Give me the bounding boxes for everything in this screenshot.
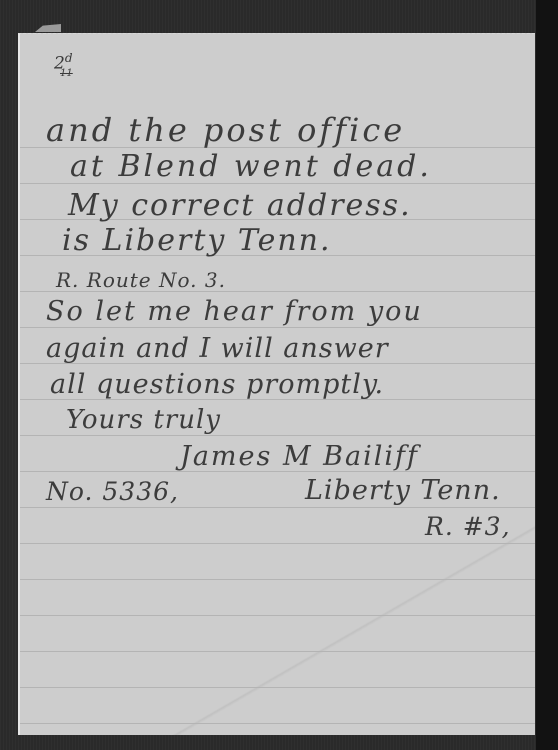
- letter-line: So let me hear from you: [46, 298, 423, 325]
- letter-line: at Blend went dead.: [70, 152, 432, 182]
- sender-address-line-1: Liberty Tenn.: [305, 477, 501, 504]
- signature: James M Bailiff: [180, 443, 419, 470]
- sender-address-line-2: R. #3,: [425, 514, 511, 539]
- letter-line: again and I will answer: [46, 335, 389, 362]
- ruled-line: [20, 723, 535, 724]
- letter-line: all questions promptly.: [50, 371, 384, 398]
- letter-line: is Liberty Tenn.: [62, 226, 332, 256]
- scan-edge-strip: [536, 0, 558, 750]
- ruled-line: [20, 579, 535, 580]
- page-number-marker: 2d 11: [54, 52, 73, 79]
- ruled-line: [20, 327, 535, 328]
- page-number-superscript: d: [65, 51, 73, 65]
- letter-line: My correct address.: [68, 191, 412, 221]
- ruled-line: [20, 651, 535, 652]
- letter-line: R. Route No. 3.: [56, 270, 226, 290]
- letter-line: and the post office: [46, 114, 405, 146]
- letter-closing: Yours truly: [66, 407, 221, 433]
- page-number-under: 11: [60, 69, 73, 79]
- ruled-line: [20, 507, 535, 508]
- ruled-line: [20, 435, 535, 436]
- ruled-line: [20, 687, 535, 688]
- ruled-line: [20, 615, 535, 616]
- pension-number: No. 5336,: [46, 479, 179, 504]
- letter-page: 2d 11 and the post office at Blend went …: [18, 33, 535, 735]
- ruled-line: [20, 543, 535, 544]
